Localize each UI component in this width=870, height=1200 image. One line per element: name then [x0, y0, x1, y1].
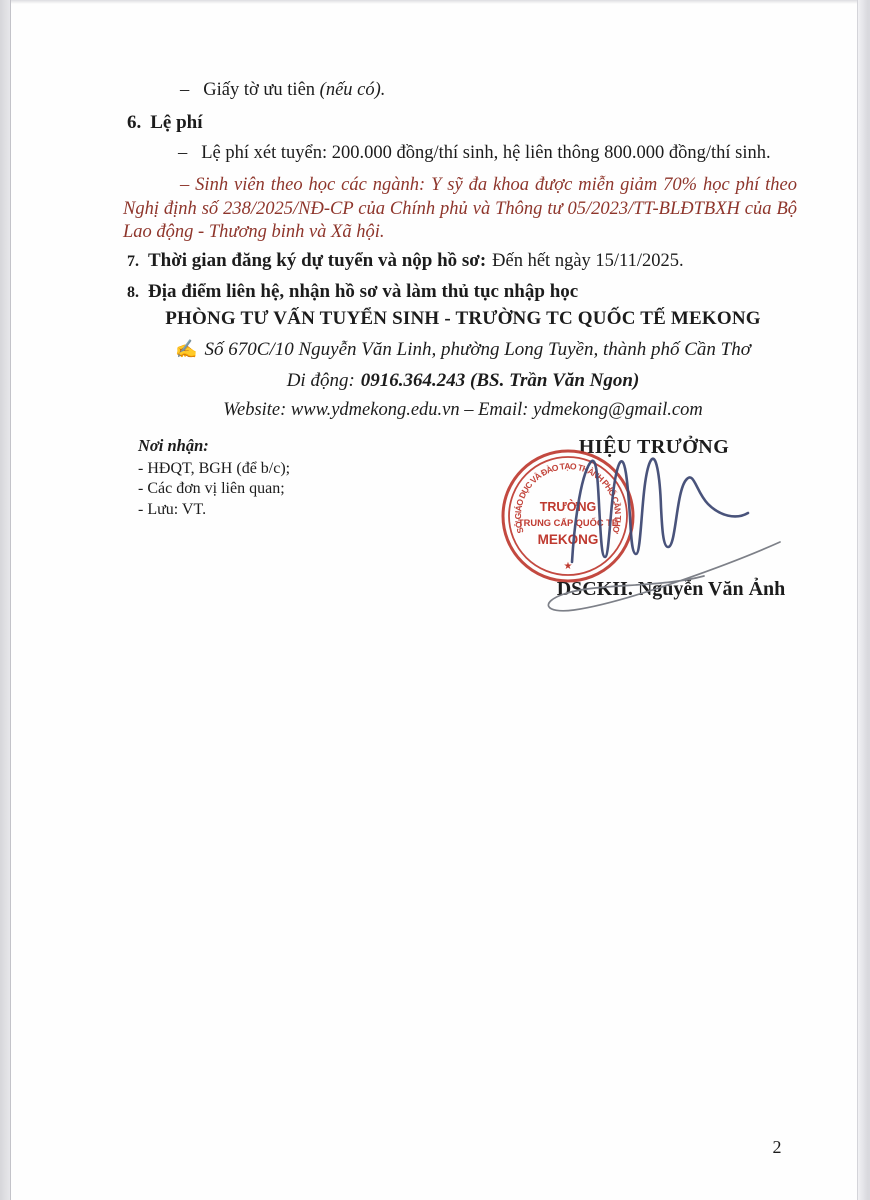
section-8-heading: 8.Địa điểm liên hệ, nhận hồ sơ và làm th…	[127, 281, 578, 303]
section-6-number: 6.	[127, 112, 141, 134]
document-page: –Giấy tờ ưu tiên (nếu có). 6.Lệ phí –Lệ …	[0, 0, 870, 1200]
list-dash: –	[180, 80, 189, 101]
section-6-title: Lệ phí	[150, 112, 202, 133]
fee-item: –Lệ phí xét tuyển: 200.000 đồng/thí sinh…	[178, 143, 771, 164]
priority-documents-text: Giấy tờ ưu tiên	[203, 80, 319, 100]
mobile-number: 0916.364.243 (BS. Trần Văn Ngon)	[361, 370, 640, 391]
website-email-line: Website: www.ydmekong.edu.vn – Email: yd…	[127, 400, 799, 421]
page-number: 2	[762, 1137, 792, 1158]
section-8-number: 8.	[127, 284, 139, 302]
section-8-title: Địa điểm liên hệ, nhận hồ sơ và làm thủ …	[148, 281, 578, 302]
tuition-discount-note: – Sinh viên theo học các ngành: Y sỹ đa …	[123, 174, 797, 245]
section-7-title: Thời gian đăng ký dự tuyển và nộp hồ sơ:	[148, 250, 486, 271]
writing-hand-icon: ✍	[175, 339, 197, 359]
fee-item-text: Lệ phí xét tuyển: 200.000 đồng/thí sinh,…	[201, 143, 770, 163]
list-dash: –	[178, 143, 187, 164]
handwritten-signature	[488, 430, 818, 630]
scan-edge-top	[0, 0, 870, 4]
scan-edge-right	[857, 0, 870, 1200]
mobile-label: Di động:	[287, 370, 355, 391]
mobile-line: Di động:0916.364.243 (BS. Trần Văn Ngon)	[127, 370, 799, 392]
recipient-item: - HĐQT, BGH (để b/c);	[138, 459, 290, 480]
address-line: ✍Số 670C/10 Nguyễn Văn Linh, phường Long…	[127, 339, 799, 361]
priority-documents-note: (nếu có).	[320, 80, 386, 100]
section-7-heading: 7.Thời gian đăng ký dự tuyển và nộp hồ s…	[127, 250, 684, 272]
section-7-number: 7.	[127, 253, 139, 271]
address-text: Số 670C/10 Nguyễn Văn Linh, phường Long …	[205, 339, 751, 360]
scan-edge-left	[0, 0, 11, 1200]
admissions-office-name: PHÒNG TƯ VẤN TUYỂN SINH - TRƯỜNG TC QUỐC…	[127, 308, 799, 330]
priority-documents-item: –Giấy tờ ưu tiên (nếu có).	[180, 80, 385, 101]
recipient-item: - Các đơn vị liên quan;	[138, 479, 290, 500]
section-7-deadline: Đến hết ngày 15/11/2025.	[492, 251, 683, 271]
section-6-heading: 6.Lệ phí	[127, 112, 203, 134]
recipients-block: Nơi nhận: - HĐQT, BGH (để b/c); - Các đơ…	[138, 436, 290, 520]
recipients-title: Nơi nhận:	[138, 436, 290, 457]
recipient-item: - Lưu: VT.	[138, 500, 290, 521]
